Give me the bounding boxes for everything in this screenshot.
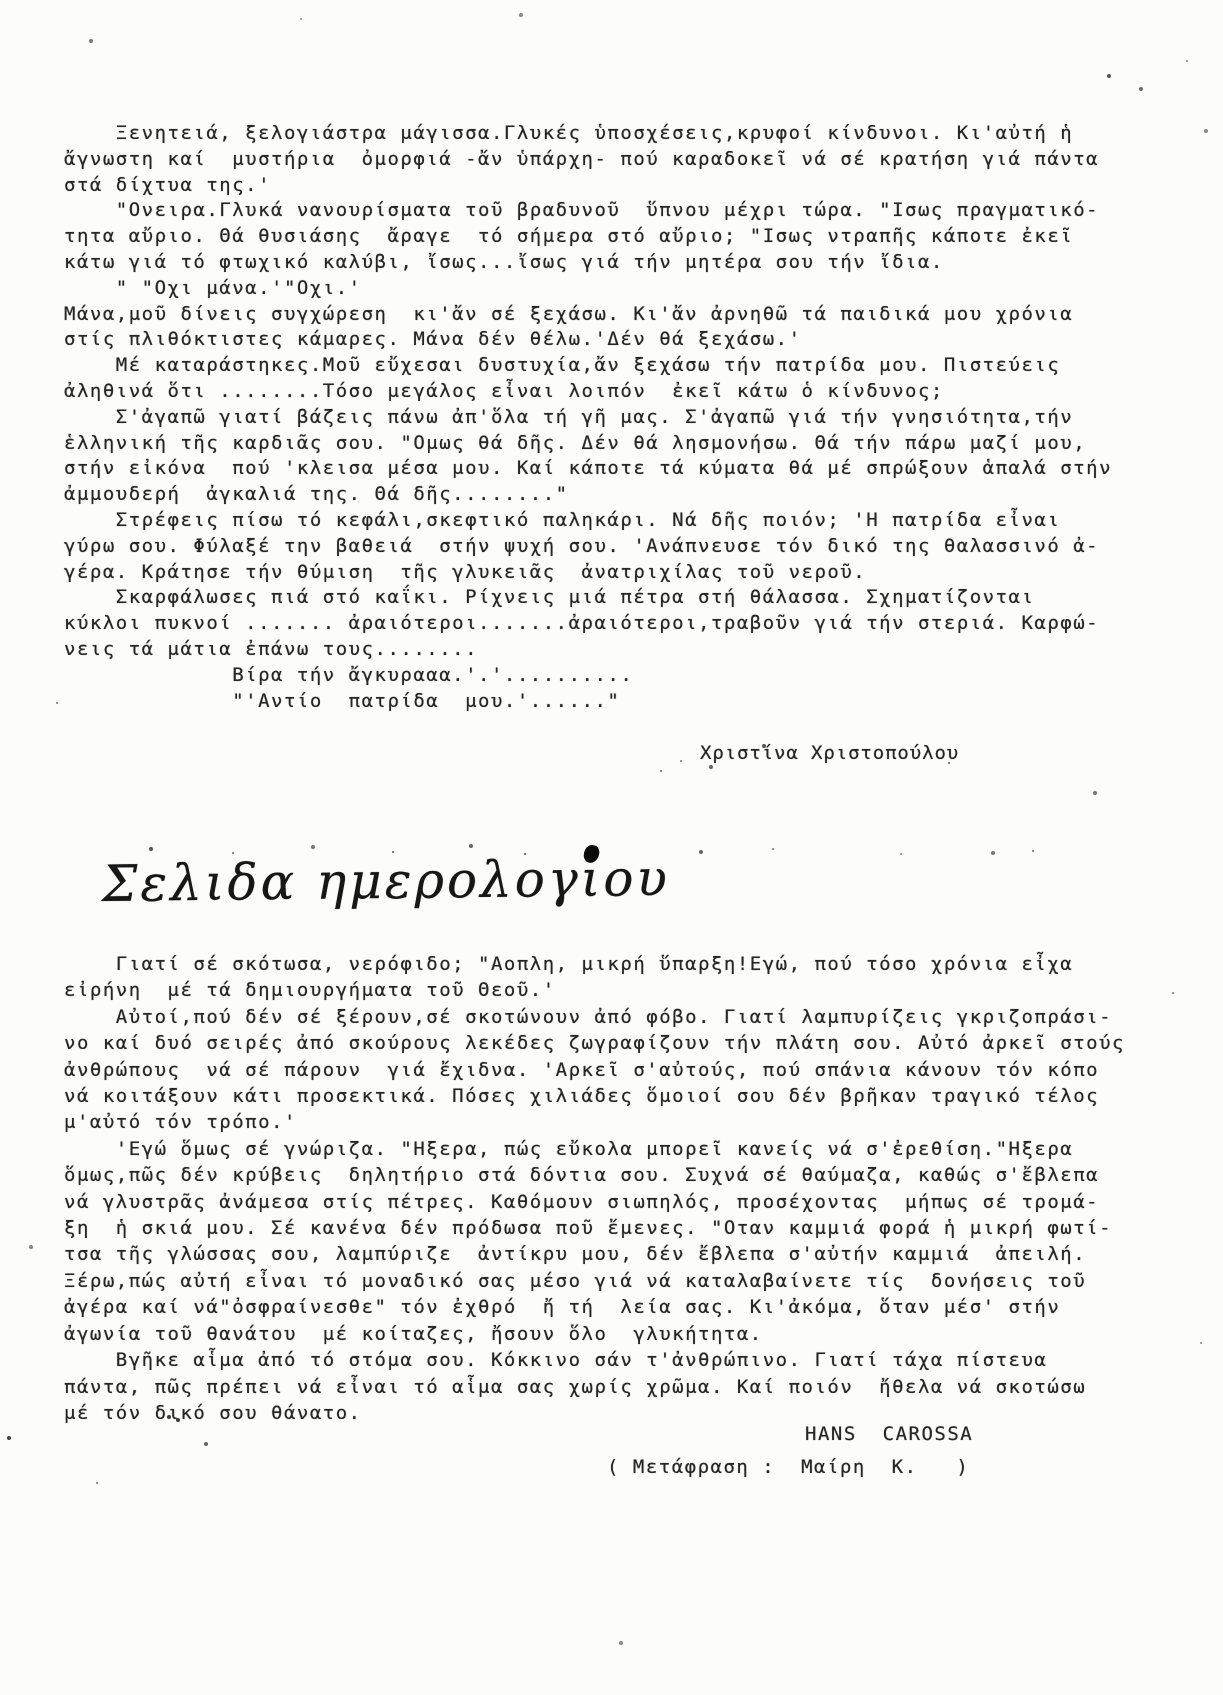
translation-credit: ( Μετάφραση : Μαίρη Κ. ): [607, 1456, 969, 1478]
story-text: Ξενητειά, ξελογιάστρα μάγισσα.Γλυκές ὑπο…: [64, 121, 1174, 714]
scanned-typewritten-page: Ξενητειά, ξελογιάστρα μάγισσα.Γλυκές ὑπο…: [0, 0, 1223, 1695]
author-name: HANS CAROSSA: [805, 1423, 973, 1445]
story-author-signature: Χριστίνα Χριστοπούλου: [700, 742, 959, 764]
diary-text: Γιατί σέ σκότωσα, νερόφιδο; "Αοπλη, μικρ…: [64, 951, 1174, 1426]
paper-noise-specks: [0, 0, 2, 2]
